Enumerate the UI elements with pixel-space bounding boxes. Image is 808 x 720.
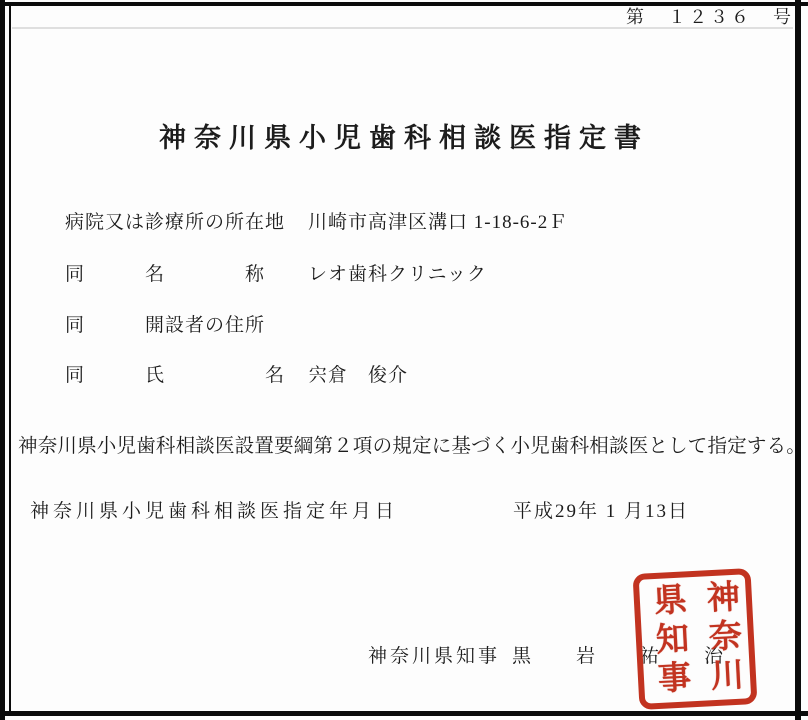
field-label-clinic-name: 同 名 称	[65, 259, 265, 286]
field-value-address: 川崎市高津区溝口 1-18-6-2Ｆ	[308, 207, 568, 234]
field-value-clinic-name: レオ歯科クリニック	[308, 259, 487, 286]
document-title: 神奈川県小児歯科相談医指定書	[0, 116, 808, 155]
governor-seal: 神奈川 県知事	[633, 568, 758, 710]
frame-bottom	[0, 711, 808, 716]
signer-title: 神奈川県知事	[368, 641, 500, 668]
seal-column-right: 神奈川	[702, 578, 741, 697]
certificate-page: 第 １２３６ 号 神奈川県小児歯科相談医指定書 病院又は診療所の所在地 川崎市高…	[0, 0, 808, 720]
field-value-person-name: 宍倉 俊介	[308, 360, 408, 387]
seal-column-left: 県知事	[649, 581, 688, 700]
frame-left	[0, 0, 5, 720]
field-label-person-name: 同 氏 名	[65, 360, 285, 387]
field-label-founder-address: 同 開設者の住所	[65, 310, 265, 337]
designation-date-label: 神奈川県小児歯科相談医指定年月日	[30, 496, 398, 523]
designation-statement: 神奈川県小児歯科相談医設置要綱第２項の規定に基づく小児歯科相談医として指定する。	[18, 430, 793, 458]
field-label-address: 病院又は診療所の所在地	[65, 207, 285, 234]
frame-right	[795, 0, 801, 720]
designation-date-value: 平成29年 1 月13日	[513, 496, 689, 523]
document-number: 第 １２３６ 号	[626, 3, 794, 29]
frame-left-inner	[9, 4, 11, 716]
